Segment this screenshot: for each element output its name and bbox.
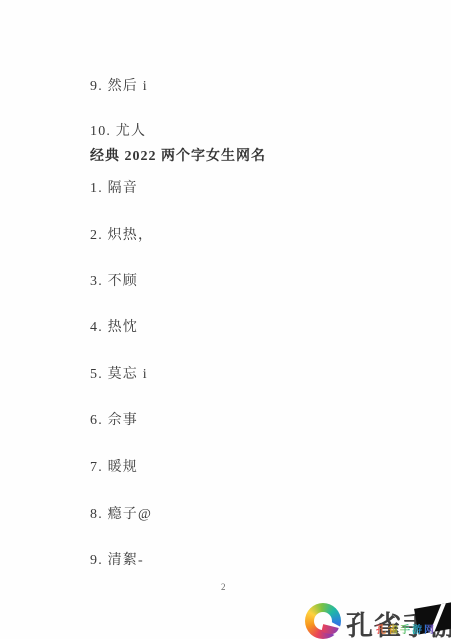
list-item: 2. 炽热， [90,228,153,244]
page-number: 2 [221,582,226,592]
peacock-swirl-icon [305,603,341,639]
list-item: 7. 暖规 [90,460,138,476]
scanned-document-page: 9. 然后 i 10. 尤人 经典 2022 两个字女生网名 1. 隔音 2. … [0,0,451,639]
list-item: 8. 瘾子@ [90,507,152,523]
list-item: 5. 莫忘 i [90,367,148,383]
list-item: 4. 热忱 [90,320,138,336]
list-item: 6. 佘事 [90,413,138,429]
list-item: 1. 隔音 [90,181,138,197]
list-item: 9. 然后 i [90,79,148,95]
list-item: 10. 尤人 [90,124,146,140]
section-heading: 经典 2022 两个字女生网名 [90,149,266,165]
watermark-overlay-text: 孔雀手游网 [376,621,436,636]
list-item: 3. 不顾 [90,274,138,290]
list-item: 9. 清絮- [90,553,144,569]
